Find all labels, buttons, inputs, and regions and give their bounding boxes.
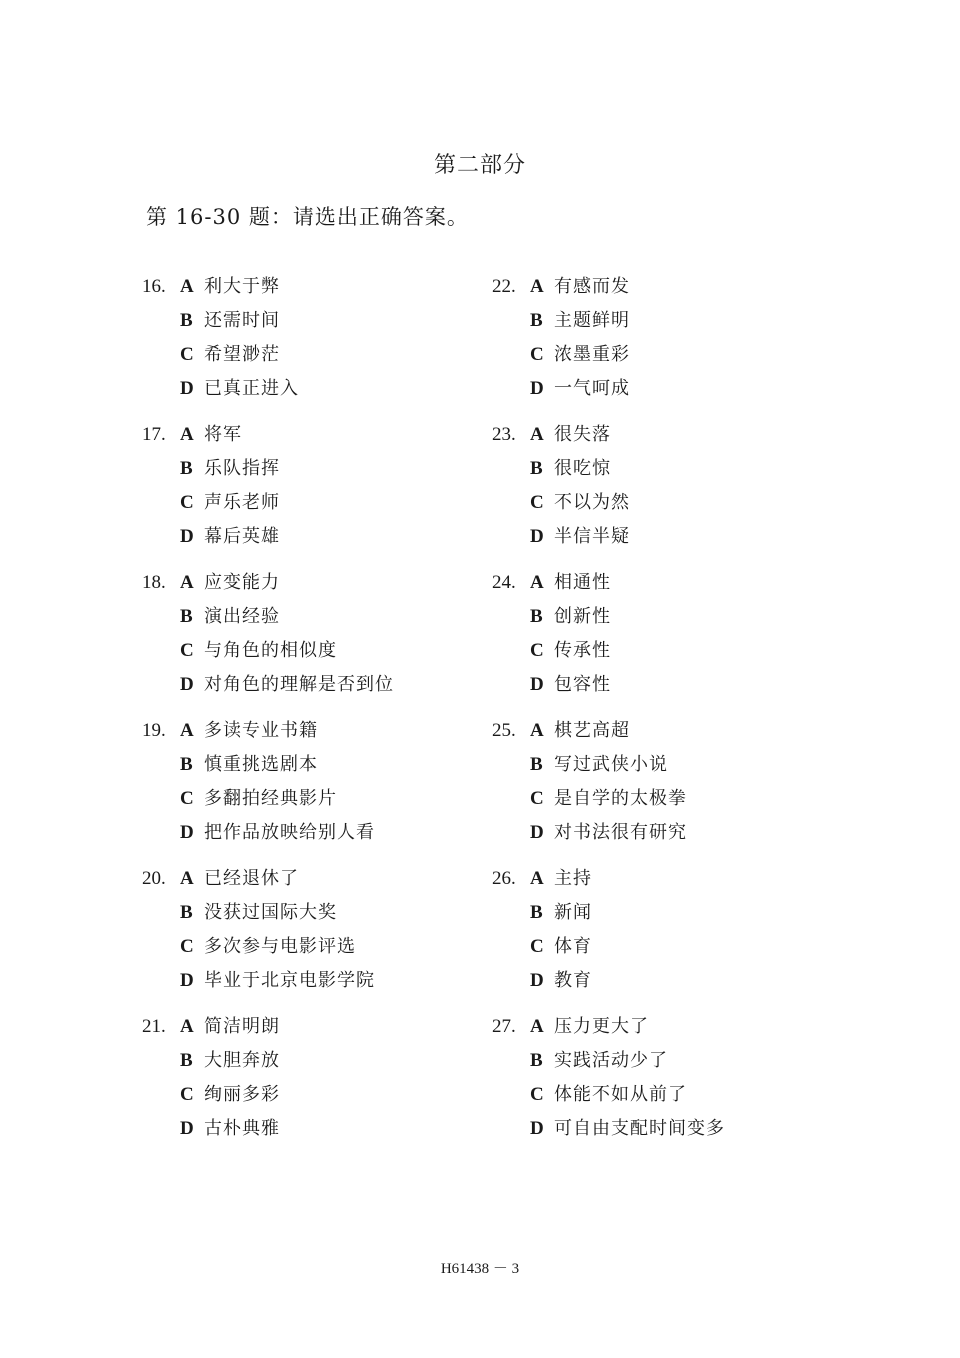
instruction: 第 16-30 题：请选出正确答案。 [146, 201, 469, 233]
option-letter: A [180, 714, 204, 748]
answer-option: C绚丽多彩 [180, 1078, 280, 1112]
question-item: 23.A很失落B很吃惊C不以为然D半信半疑 [490, 418, 870, 566]
answer-option: C与角色的相似度 [180, 634, 337, 668]
option-text: 棋艺高超 [554, 720, 630, 741]
answer-option: B写过武侠小说 [530, 748, 668, 782]
option-text: 利大于弊 [204, 276, 280, 297]
option-text: 浓墨重彩 [554, 344, 630, 365]
answer-option: A多读专业书籍 [180, 714, 318, 748]
left-question-column: 16.A利大于弊B还需时间C希望渺茫D已真正进入17.A将军B乐队指挥C声乐老师… [140, 270, 520, 1158]
answer-option: D对角色的理解是否到位 [180, 668, 394, 702]
question-number: 17. [142, 418, 166, 452]
option-letter: D [180, 816, 204, 850]
option-text: 多次参与电影评选 [204, 936, 356, 957]
answer-option: C是自学的太极拳 [530, 782, 687, 816]
option-text: 很吃惊 [554, 458, 611, 479]
option-text: 将军 [204, 424, 242, 445]
option-text: 可自由支配时间变多 [554, 1118, 725, 1139]
right-question-column: 22.A有感而发B主题鲜明C浓墨重彩D一气呵成23.A很失落B很吃惊C不以为然D… [490, 270, 870, 1158]
answer-option: B慎重挑选剧本 [180, 748, 318, 782]
option-text: 对书法很有研究 [554, 822, 687, 843]
option-text: 幕后英雄 [204, 526, 280, 547]
answer-option: C传承性 [530, 634, 611, 668]
answer-option: B演出经验 [180, 600, 280, 634]
answer-option: B还需时间 [180, 304, 280, 338]
option-letter: A [180, 418, 204, 452]
answer-option: B乐队指挥 [180, 452, 280, 486]
option-text: 多翻拍经典影片 [204, 788, 337, 809]
answer-option: A很失落 [530, 418, 611, 452]
option-letter: C [530, 486, 554, 520]
question-item: 20.A已经退休了B没获过国际大奖C多次参与电影评选D毕业于北京电影学院 [140, 862, 520, 1010]
answer-option: D古朴典雅 [180, 1112, 280, 1146]
question-item: 22.A有感而发B主题鲜明C浓墨重彩D一气呵成 [490, 270, 870, 418]
answer-option: C声乐老师 [180, 486, 280, 520]
option-text: 主题鲜明 [554, 310, 630, 331]
option-letter: A [180, 862, 204, 896]
option-letter: A [180, 270, 204, 304]
question-number: 18. [142, 566, 166, 600]
option-letter: B [180, 600, 204, 634]
option-text: 演出经验 [204, 606, 280, 627]
question-number: 19. [142, 714, 166, 748]
option-letter: C [530, 782, 554, 816]
option-letter: C [530, 634, 554, 668]
option-letter: A [180, 1010, 204, 1044]
answer-option: B创新性 [530, 600, 611, 634]
option-text: 传承性 [554, 640, 611, 661]
question-number: 24. [492, 566, 516, 600]
option-letter: D [180, 520, 204, 554]
option-letter: C [180, 634, 204, 668]
answer-option: B新闻 [530, 896, 592, 930]
option-letter: D [530, 520, 554, 554]
answer-option: A已经退休了 [180, 862, 299, 896]
option-letter: C [530, 930, 554, 964]
answer-option: C希望渺茫 [180, 338, 280, 372]
option-letter: D [180, 964, 204, 998]
option-text: 简洁明朗 [204, 1016, 280, 1037]
option-text: 一气呵成 [554, 378, 630, 399]
answer-option: C多翻拍经典影片 [180, 782, 337, 816]
option-text: 新闻 [554, 902, 592, 923]
answer-option: A将军 [180, 418, 242, 452]
question-number: 21. [142, 1010, 166, 1044]
option-text: 体能不如从前了 [554, 1084, 687, 1105]
option-text: 相通性 [554, 572, 611, 593]
option-letter: A [180, 566, 204, 600]
option-letter: D [530, 1112, 554, 1146]
answer-option: D一气呵成 [530, 372, 630, 406]
question-number: 23. [492, 418, 516, 452]
option-letter: D [530, 668, 554, 702]
option-text: 压力更大了 [554, 1016, 649, 1037]
answer-option: D幕后英雄 [180, 520, 280, 554]
question-item: 21.A简洁明朗B大胆奔放C绚丽多彩D古朴典雅 [140, 1010, 520, 1158]
answer-option: D对书法很有研究 [530, 816, 687, 850]
option-letter: D [530, 964, 554, 998]
question-item: 24.A相通性B创新性C传承性D包容性 [490, 566, 870, 714]
option-letter: A [530, 418, 554, 452]
question-number: 22. [492, 270, 516, 304]
option-text: 实践活动少了 [554, 1050, 668, 1071]
option-letter: B [530, 452, 554, 486]
option-text: 声乐老师 [204, 492, 280, 513]
option-text: 主持 [554, 868, 592, 889]
answer-option: A利大于弊 [180, 270, 280, 304]
answer-option: D已真正进入 [180, 372, 299, 406]
answer-option: B大胆奔放 [180, 1044, 280, 1078]
option-letter: C [180, 338, 204, 372]
answer-option: A压力更大了 [530, 1010, 649, 1044]
question-item: 17.A将军B乐队指挥C声乐老师D幕后英雄 [140, 418, 520, 566]
question-number: 25. [492, 714, 516, 748]
option-letter: C [180, 930, 204, 964]
option-text: 很失落 [554, 424, 611, 445]
answer-option: A有感而发 [530, 270, 630, 304]
page-footer: H61438 － 3 [0, 1258, 960, 1280]
answer-option: D可自由支配时间变多 [530, 1112, 725, 1146]
option-text: 慎重挑选剧本 [204, 754, 318, 775]
option-text: 多读专业书籍 [204, 720, 318, 741]
option-text: 体育 [554, 936, 592, 957]
option-letter: A [530, 566, 554, 600]
option-letter: B [180, 748, 204, 782]
option-text: 与角色的相似度 [204, 640, 337, 661]
answer-option: D包容性 [530, 668, 611, 702]
question-item: 16.A利大于弊B还需时间C希望渺茫D已真正进入 [140, 270, 520, 418]
option-letter: A [530, 714, 554, 748]
option-text: 有感而发 [554, 276, 630, 297]
option-letter: B [180, 1044, 204, 1078]
option-letter: B [180, 452, 204, 486]
option-text: 创新性 [554, 606, 611, 627]
answer-option: B很吃惊 [530, 452, 611, 486]
option-text: 乐队指挥 [204, 458, 280, 479]
option-letter: B [180, 896, 204, 930]
option-letter: D [180, 372, 204, 406]
answer-option: D把作品放映给别人看 [180, 816, 375, 850]
option-text: 对角色的理解是否到位 [204, 674, 394, 695]
option-text: 把作品放映给别人看 [204, 822, 375, 843]
answer-option: D教育 [530, 964, 592, 998]
option-text: 已经退休了 [204, 868, 299, 889]
option-letter: B [530, 748, 554, 782]
question-item: 25.A棋艺高超B写过武侠小说C是自学的太极拳D对书法很有研究 [490, 714, 870, 862]
option-letter: D [530, 372, 554, 406]
option-text: 还需时间 [204, 310, 280, 331]
option-text: 希望渺茫 [204, 344, 280, 365]
question-item: 26.A主持B新闻C体育D教育 [490, 862, 870, 1010]
option-text: 半信半疑 [554, 526, 630, 547]
answer-option: D半信半疑 [530, 520, 630, 554]
option-letter: B [530, 304, 554, 338]
option-letter: B [180, 304, 204, 338]
option-letter: B [530, 600, 554, 634]
option-text: 毕业于北京电影学院 [204, 970, 375, 991]
option-text: 不以为然 [554, 492, 630, 513]
answer-option: C不以为然 [530, 486, 630, 520]
option-letter: C [180, 486, 204, 520]
answer-option: B没获过国际大奖 [180, 896, 337, 930]
page-title: 第二部分 [0, 150, 960, 182]
question-number: 16. [142, 270, 166, 304]
option-letter: A [530, 270, 554, 304]
option-text: 写过武侠小说 [554, 754, 668, 775]
option-text: 没获过国际大奖 [204, 902, 337, 923]
option-text: 已真正进入 [204, 378, 299, 399]
answer-option: B主题鲜明 [530, 304, 630, 338]
question-item: 19.A多读专业书籍B慎重挑选剧本C多翻拍经典影片D把作品放映给别人看 [140, 714, 520, 862]
option-letter: D [180, 1112, 204, 1146]
option-letter: B [530, 1044, 554, 1078]
answer-option: C多次参与电影评选 [180, 930, 356, 964]
answer-option: A简洁明朗 [180, 1010, 280, 1044]
answer-option: A相通性 [530, 566, 611, 600]
option-text: 大胆奔放 [204, 1050, 280, 1071]
answer-option: C体育 [530, 930, 592, 964]
question-item: 27.A压力更大了B实践活动少了C体能不如从前了D可自由支配时间变多 [490, 1010, 870, 1158]
option-letter: D [530, 816, 554, 850]
option-letter: A [530, 1010, 554, 1044]
option-letter: C [530, 1078, 554, 1112]
option-text: 包容性 [554, 674, 611, 695]
question-item: 18.A应变能力B演出经验C与角色的相似度D对角色的理解是否到位 [140, 566, 520, 714]
option-text: 绚丽多彩 [204, 1084, 280, 1105]
option-letter: D [180, 668, 204, 702]
answer-option: D毕业于北京电影学院 [180, 964, 375, 998]
option-letter: C [530, 338, 554, 372]
answer-option: C浓墨重彩 [530, 338, 630, 372]
answer-option: A棋艺高超 [530, 714, 630, 748]
question-number: 20. [142, 862, 166, 896]
option-letter: A [530, 862, 554, 896]
question-number: 26. [492, 862, 516, 896]
option-text: 应变能力 [204, 572, 280, 593]
answer-option: C体能不如从前了 [530, 1078, 687, 1112]
answer-option: A主持 [530, 862, 592, 896]
option-text: 是自学的太极拳 [554, 788, 687, 809]
option-letter: B [530, 896, 554, 930]
option-text: 教育 [554, 970, 592, 991]
option-letter: C [180, 1078, 204, 1112]
option-letter: C [180, 782, 204, 816]
question-number: 27. [492, 1010, 516, 1044]
answer-option: A应变能力 [180, 566, 280, 600]
answer-option: B实践活动少了 [530, 1044, 668, 1078]
option-text: 古朴典雅 [204, 1118, 280, 1139]
